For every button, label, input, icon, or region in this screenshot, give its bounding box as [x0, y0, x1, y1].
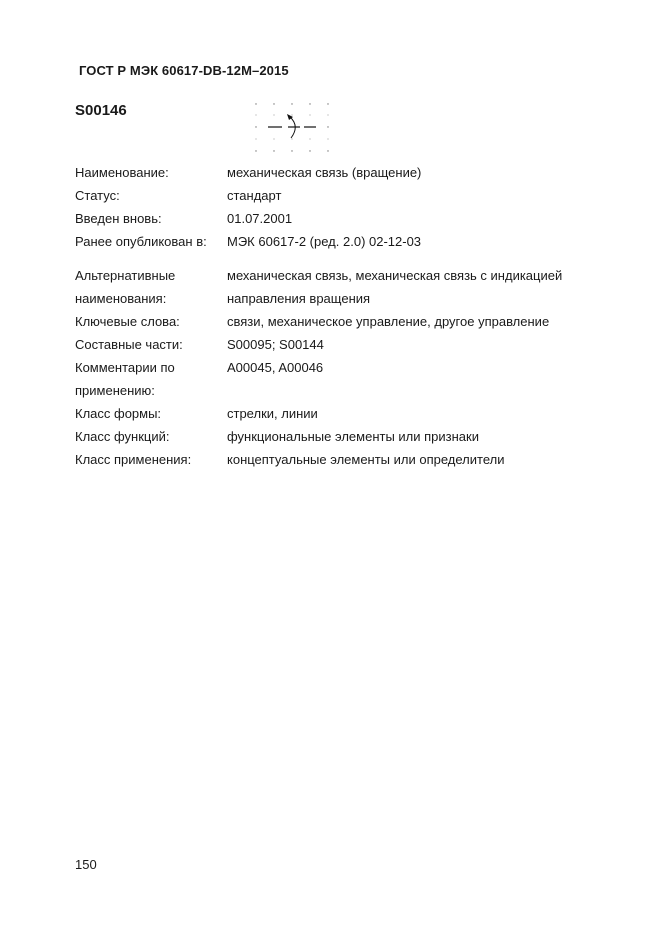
field-label-application-notes-cont: применению:: [75, 383, 155, 398]
field-value-form-class: стрелки, линии: [227, 406, 318, 421]
field-value-function-class: функциональные элементы или признаки: [227, 429, 479, 444]
field-label-keywords: Ключевые слова:: [75, 314, 180, 329]
field-label-introduced: Введен вновь:: [75, 211, 162, 226]
field-label-alternative-names: Альтернативные: [75, 268, 175, 283]
field-label-form-class: Класс формы:: [75, 406, 161, 421]
field-value-previously-published: МЭК 60617-2 (ред. 2.0) 02-12-03: [227, 234, 421, 249]
field-value-components: S00095; S00144: [227, 337, 324, 352]
field-label-status: Статус:: [75, 188, 120, 203]
field-value-keywords: связи, механическое управление, другое у…: [227, 314, 549, 329]
field-label-function-class: Класс функций:: [75, 429, 170, 444]
field-value-status: стандарт: [227, 188, 281, 203]
field-value-introduced: 01.07.2001: [227, 211, 292, 226]
field-label-components: Составные части:: [75, 337, 183, 352]
field-label-alternative-names-cont: наименования:: [75, 291, 166, 306]
field-label-application-class: Класс применения:: [75, 452, 191, 467]
symbol-code: S00146: [75, 102, 127, 119]
page-number: 150: [75, 857, 97, 872]
mechanical-link-rotation-icon: [254, 102, 334, 154]
field-value-application-class: концептуальные элементы или определители: [227, 452, 505, 467]
field-value-alternative-names-cont: направления вращения: [227, 291, 370, 306]
field-label-previously-published: Ранее опубликован в:: [75, 234, 207, 249]
document-header: ГОСТ Р МЭК 60617-DB-12M–2015: [79, 63, 289, 78]
field-value-name: механическая связь (вращение): [227, 165, 421, 180]
field-label-application-notes: Комментарии по: [75, 360, 175, 375]
field-value-alternative-names: механическая связь, механическая связь с…: [227, 268, 562, 283]
field-label-name: Наименование:: [75, 165, 169, 180]
field-value-application-notes: A00045, A00046: [227, 360, 323, 375]
